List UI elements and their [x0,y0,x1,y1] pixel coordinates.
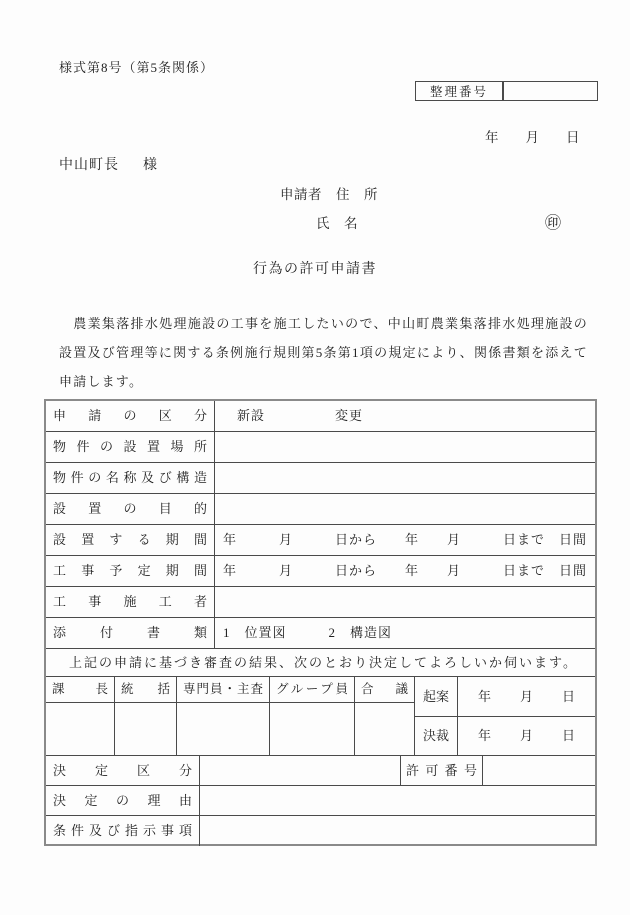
kessai-label: 決裁 [415,717,458,755]
applicant-name-label: 氏 名 [316,212,358,232]
permit-number-label: 許可番号 [401,756,483,785]
row-value-attachments: 1 位置図 2 構造図 [215,618,595,649]
conditions-row: 条件及び指示事項 [46,816,595,846]
row-value-installation-period: 年 月 日から 年 月 日まで 日間 [215,525,595,556]
kian-label: 起案 [415,677,458,717]
form-page: 様式第8号（第5条関係） 整理番号 年 月 日 中山町長様 申請者 住 所 氏 … [0,0,630,915]
row-value-installation-purpose [215,494,595,525]
permit-number-value [483,756,595,785]
addressee-name: 中山町長 [59,158,119,173]
page-title: 行為の許可申請書 [0,258,630,278]
review-note: 上記の申請に基づき審査の結果、次のとおり決定してよろしいか伺います。 [46,649,595,677]
row-value-object-name-structure [215,463,595,494]
form-number: 様式第8号（第5条関係） [59,57,214,76]
addressee-honorific: 様 [143,158,158,173]
row-label-installation-purpose: 設置の目的 [46,494,215,525]
addressee: 中山町長様 [59,154,158,174]
date-line: 年 月 日 [485,126,580,146]
decision-reason-label: 決定の理由 [46,786,200,815]
application-form-table: 申請の区分 新設 変更 物件の設置場所 物件の名称及び構造 設置の目的 設置する… [44,399,597,846]
row-label-attachments: 添付書類 [46,618,215,649]
approval-columns: 課長 統括 専門員・主査 グループ員 合議 [46,677,415,755]
row-label-constructor: 工事施工者 [46,587,215,618]
approval-section: 課長 統括 専門員・主査 グループ員 合議 起案 年 月 日 決裁 年 月 日 [46,677,595,756]
conditions-label: 条件及び指示事項 [46,816,200,846]
ref-number-label: 整理番号 [415,81,503,101]
approval-header-goui: 合議 [355,677,415,703]
approval-header-groupin: グループ員 [270,677,355,703]
conditions-value [200,816,595,846]
body-paragraph: 農業集落排水処理施設の工事を施工したいので、中山町農業集落排水処理施設の設置及び… [59,309,588,396]
signature-cell-goui [355,703,415,755]
row-label-installation-place: 物件の設置場所 [46,432,215,463]
decision-reason-value [200,786,595,815]
row-label-application-category: 申請の区分 [46,401,215,432]
row-label-installation-period: 設置する期間 [46,525,215,556]
decision-category-label: 決定区分 [46,756,200,785]
decision-category-row: 決定区分 許可番号 [46,756,595,786]
row-value-constructor [215,587,595,618]
approval-header-tokatsu: 統括 [115,677,177,703]
ref-number-value-cell [503,81,598,101]
ref-number-box: 整理番号 [415,81,598,101]
approval-header-kacho: 課長 [46,677,115,703]
signature-cell-kacho [46,703,115,755]
row-label-construction-period: 工事予定期間 [46,556,215,587]
decision-reason-row: 決定の理由 [46,786,595,816]
signature-cell-groupin [270,703,355,755]
row-label-object-name-structure: 物件の名称及び構造 [46,463,215,494]
signature-cell-senmonin [177,703,270,755]
decision-category-value [200,756,401,785]
row-value-installation-place [215,432,595,463]
row-value-application-category: 新設 変更 [215,401,595,432]
approval-header-senmonin: 専門員・主査 [177,677,270,703]
application-table: 申請の区分 新設 変更 物件の設置場所 物件の名称及び構造 設置の目的 設置する… [46,401,595,649]
kian-date: 年 月 日 [458,677,595,717]
applicant-address-label: 申請者 住 所 [280,183,378,203]
seal-mark-icon: ㊞ [545,210,561,233]
signature-cell-tokatsu [115,703,177,755]
row-value-construction-period: 年 月 日から 年 月 日まで 日間 [215,556,595,587]
kessai-date: 年 月 日 [458,717,595,755]
draft-decision-dates: 起案 年 月 日 決裁 年 月 日 [415,677,595,755]
